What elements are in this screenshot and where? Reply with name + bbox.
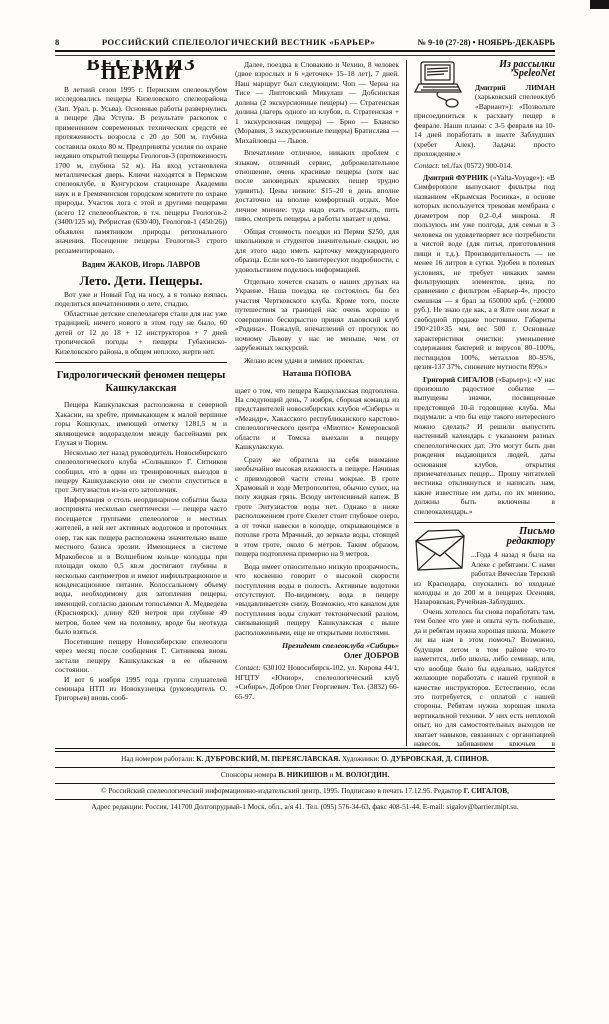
paragraph: Желаю всем удачи в зимних проектах.: [235, 356, 399, 365]
paragraph: И вот 6 ноября 1995 года группа слушател…: [55, 675, 227, 703]
signature-role: Президент спелеоклуба «Сибирь»: [235, 641, 399, 650]
imprint-footer: Над номером работали: К. ДУБРОВСКИЙ, М. …: [55, 748, 555, 813]
contact-info-liman: Contact: tel./fax (0572) 900-014.: [414, 161, 555, 170]
section-divider: [414, 522, 555, 523]
paragraph: Сразу же обратила на себя внимание необы…: [235, 455, 399, 559]
article-title-leto-deti-peshchery: Лето. Дети. Пещеры.: [55, 276, 227, 285]
paragraph: Пещера Кашкулакская расположена в северн…: [55, 400, 227, 447]
contact-info-sibir: Contact: 630102 Новосибирск-102, ул. Кир…: [235, 663, 399, 701]
envelope-icon: [414, 529, 466, 571]
speleonet-message-sigalov: Григорий СИГАЛОВ («Барьер»): «У нас прои…: [414, 375, 555, 517]
paragraph: Вот уже и Новый Год на носу, а я только …: [55, 290, 227, 309]
paragraph: Посетившие пещеру Новосибирские спелеоло…: [55, 637, 227, 675]
imprint-staff-line: Над номером работали: К. ДУБРОВСКИЙ, М. …: [55, 751, 555, 766]
paragraph: Отдельно хочется сказать о наших друзьях…: [235, 277, 399, 353]
byline-popova: Наташа ПОПОВА: [235, 369, 399, 378]
speleonet-message-furnik: Дмитрий ФУРНИК («Yalta-Voyage»): «В Симф…: [414, 173, 555, 372]
paragraph: Очень хотелось бы снова поработать там, …: [414, 607, 555, 746]
imprint-copyright-line: © Российский спелеологический информацио…: [55, 783, 555, 798]
paragraph: Областные детские спелеолагеря стали для…: [55, 309, 227, 356]
byline-zhakov-lavrov: Вадим ЖАКОВ, Игорь ЛАВРОВ: [55, 260, 227, 269]
content-columns: ВЕСТИ ИЗ ПЕРМИ В летний сезон 1995 г. Пе…: [55, 60, 555, 746]
article-title-vesti-iz-permi: ВЕСТИ ИЗ ПЕРМИ: [55, 60, 227, 79]
newsletter-title: РОССИЙСКИЙ СПЕЛЕОЛОГИЧЕСКИЙ ВЕСТНИК «БАР…: [59, 37, 417, 47]
column-middle: Далее, поездка в Словакию и Чехию, 8 чел…: [235, 60, 399, 746]
article-title-hydro-phenomenon: Гидрологический феномен пещеры Кашкулакс…: [55, 369, 227, 395]
column-left: ВЕСТИ ИЗ ПЕРМИ В летний сезон 1995 г. Пе…: [55, 60, 227, 746]
paragraph: Несколько лет назад руководитель Новосиб…: [55, 448, 227, 495]
paragraph: Общая стоимость поездки из Перми $250, д…: [235, 227, 399, 274]
imprint-address-line: Адрес редакции: Россия, 141700 Долгопруд…: [55, 799, 555, 814]
scan-artifact: [590, 0, 609, 9]
paragraph: Впечатление отличное, никаких проблем с …: [235, 148, 399, 224]
computer-icon: [414, 60, 470, 108]
signature-name-dobrov: Олег ДОБРОВ: [235, 651, 399, 660]
column-right: Из рассылки ’SpeleoNet Дмитрий ЛИМАН (ха…: [406, 60, 555, 746]
section-divider: [55, 362, 227, 363]
issue-info: № 9-10 (27-28) • НОЯБРЬ-ДЕКАБРЬ: [418, 38, 556, 47]
paragraph-continuation: щает о том, что пещера Кашкулакская подт…: [235, 386, 399, 452]
paragraph: Вода имеет относительно низкую прозрачно…: [235, 562, 399, 638]
header-rule: [55, 55, 555, 56]
imprint-sponsors-line: Спонсоры номера В. НИКИШОВ и М. ВОЛОГДИН…: [55, 767, 555, 782]
paragraph: В летний сезон 1995 г. Пермским спелеокл…: [55, 85, 227, 255]
paragraph: Далее, поездка в Словакию и Чехию, 8 чел…: [235, 60, 399, 145]
newspaper-page: 8 РОССИЙСКИЙ СПЕЛЕОЛОГИЧЕСКИЙ ВЕСТНИК «Б…: [0, 0, 609, 1024]
page-header: 8 РОССИЙСКИЙ СПЕЛЕОЛОГИЧЕСКИЙ ВЕСТНИК «Б…: [55, 37, 555, 52]
paragraph: Информация о столь неординарном событии …: [55, 495, 227, 637]
